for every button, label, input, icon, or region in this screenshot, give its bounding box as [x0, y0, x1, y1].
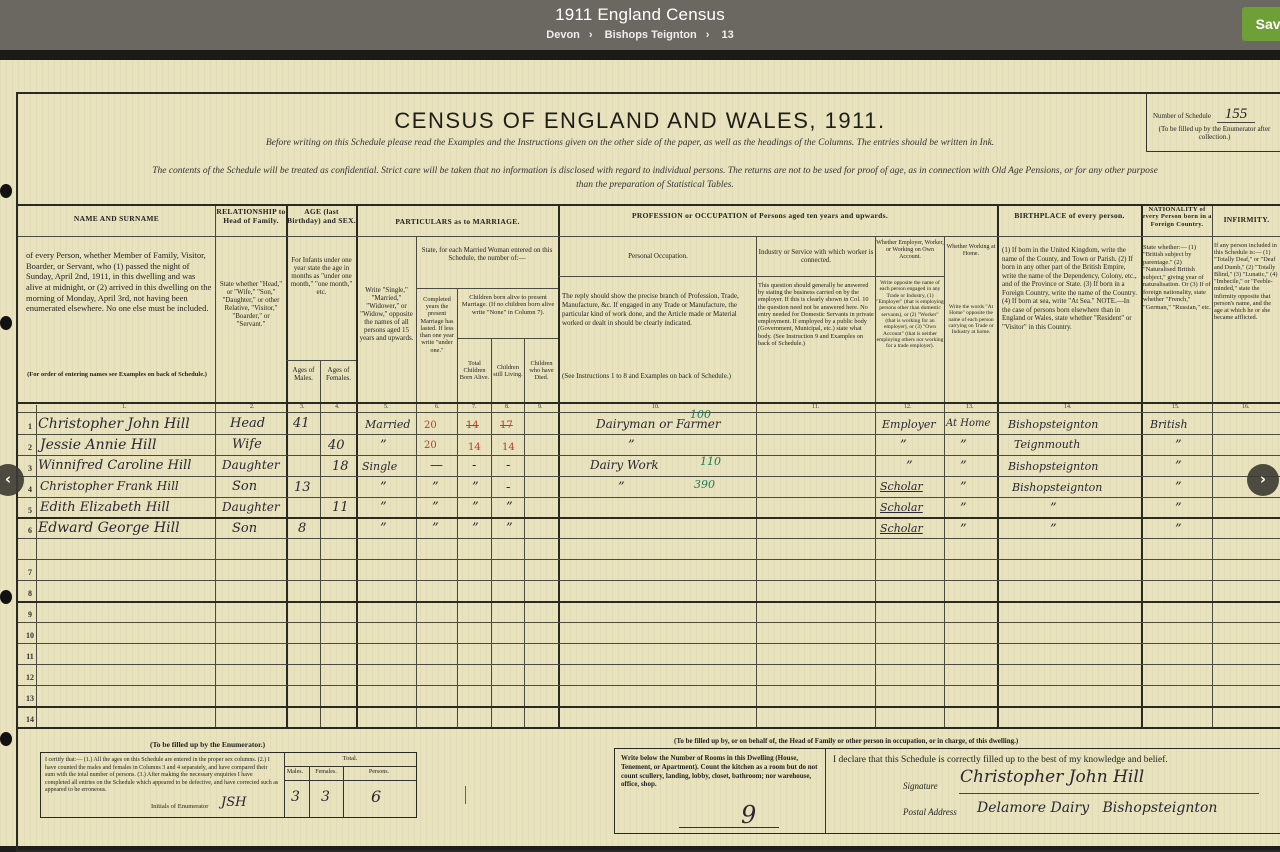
- row-number: 11: [24, 652, 36, 661]
- row-line: [18, 402, 1280, 404]
- header-children-living: Children still Living.: [492, 364, 524, 378]
- chevron-left-icon: ‹: [5, 470, 11, 488]
- header-birthplace: BIRTHPLACE of every person.: [998, 212, 1141, 221]
- declaration: I declare that this Schedule is correctl…: [833, 755, 1168, 765]
- instruction-confidential: The contents of the Schedule will be tre…: [30, 166, 1280, 176]
- cell-marriage: ”: [380, 438, 387, 453]
- cell-employer: Employer: [882, 418, 936, 431]
- header-children-died: Children who have Died.: [525, 360, 558, 382]
- cell-birthplace: ”: [1050, 501, 1057, 516]
- viewer-header: 1911 England Census Devon› Bishops Teign…: [0, 0, 1280, 50]
- row-line: [18, 580, 1280, 581]
- cell-total-children: ”: [472, 521, 479, 536]
- cell-age-female: 11: [332, 500, 349, 515]
- cell-nationality: British: [1150, 418, 1188, 431]
- cell-marriage: Married: [365, 418, 410, 431]
- breadcrumb-page: 13: [721, 29, 733, 41]
- header-profession: PROFESSION or OCCUPATION of Persons aged…: [620, 212, 900, 221]
- punch-hole: [0, 184, 12, 198]
- col-number: 6.: [435, 404, 440, 410]
- row-number: 8: [24, 589, 36, 598]
- cell-birthplace: Bishopsteignton: [1008, 418, 1098, 431]
- persons-label: Persons.: [344, 769, 414, 775]
- cell-nationality: ”: [1175, 501, 1182, 516]
- cell-children-living: 17: [500, 420, 513, 431]
- cell-relationship: Daughter: [222, 500, 280, 514]
- col-number: 16.: [1242, 404, 1250, 410]
- cell-nationality: ”: [1175, 480, 1182, 495]
- col-number: 7.: [472, 404, 477, 410]
- header-nationality: NATIONALITY of every Person born in a Fo…: [1142, 206, 1212, 228]
- col-line: [997, 206, 999, 727]
- row-line: [18, 706, 1280, 708]
- row-line: [18, 476, 1280, 477]
- cell-birthplace: Bishopsteignton: [1012, 481, 1102, 494]
- row-line: [286, 360, 356, 361]
- header-name-note: (For order of entering names see Example…: [22, 371, 212, 378]
- cell-birthplace: Teignmouth: [1014, 438, 1080, 451]
- header-age: AGE (last Birthday) and SEX.: [287, 208, 356, 225]
- cell-at-home: ”: [960, 480, 967, 495]
- row-number: 10: [24, 631, 36, 640]
- header-industry: Industry or Service with which worker is…: [758, 248, 874, 264]
- header-age-females: Ages of Females.: [321, 366, 356, 382]
- row-number: 13: [24, 694, 36, 703]
- row-number: 5: [24, 506, 36, 515]
- cell-relationship: Head: [230, 416, 265, 431]
- header-at-home: Whether Working at Home.: [945, 244, 997, 258]
- punch-hole: [0, 316, 12, 330]
- cell-marriage: ”: [380, 480, 387, 495]
- cell-children-living: ”: [506, 500, 513, 515]
- schedule-note: (To be filled up by the Enumerator after…: [1153, 125, 1276, 141]
- instruction-ink: Before writing on this Schedule please r…: [180, 138, 1080, 148]
- header-marriage-desc: Write "Single," "Married," "Widower," or…: [358, 286, 415, 342]
- cell-birthplace: ”: [1050, 522, 1057, 537]
- row-line: [416, 288, 558, 289]
- cell-name: Jessie Annie Hill: [40, 437, 156, 453]
- header-personal-occupation: Personal Occupation.: [560, 252, 756, 260]
- enumerator-heading: (To be filled up by the Enumerator.): [150, 740, 265, 749]
- col-number: 9.: [538, 404, 543, 410]
- col-line: [320, 360, 321, 727]
- next-image-button[interactable]: ›: [1247, 464, 1279, 496]
- cell-nationality: ”: [1175, 522, 1182, 537]
- initials-label: Initials of Enumerator: [151, 803, 208, 810]
- cell-years-married: 20: [424, 440, 437, 451]
- cell-name: Christopher John Hill: [38, 416, 190, 432]
- col-number: 13.: [966, 404, 974, 410]
- row-number: 12: [24, 673, 36, 682]
- col-line: [558, 206, 560, 727]
- signature: Christopher John Hill: [960, 767, 1144, 787]
- header-age-desc: For Infants under one year state the age…: [288, 256, 355, 296]
- col-line: [36, 405, 37, 727]
- cell-at-home: At Home: [946, 418, 990, 429]
- cell-total-children: 14: [468, 442, 481, 453]
- row-line: [875, 276, 944, 277]
- cell-occupation-code: 100: [690, 408, 711, 421]
- col-number: 4.: [335, 404, 340, 410]
- cell-years-married: ”: [432, 480, 439, 495]
- col-line: [1212, 206, 1213, 727]
- cell-age-male: 8: [298, 521, 306, 536]
- total-label: Total.: [284, 755, 416, 762]
- cell-years-married: —: [430, 458, 443, 473]
- red-mark: [465, 786, 466, 804]
- rooms-instruction: Write below the Number of Rooms in this …: [621, 754, 821, 789]
- header-at-home-desc: Write the words "At Home" opposite the n…: [946, 304, 996, 336]
- punch-hole: [0, 732, 12, 746]
- header-children-born: Children born alive to present Marriage.…: [458, 294, 558, 316]
- col-line: [756, 236, 757, 727]
- cell-marriage: ”: [380, 500, 387, 515]
- cell-employer: Scholar: [880, 522, 923, 535]
- cell-occupation-code: 390: [694, 478, 715, 491]
- col-number: 2.: [250, 404, 255, 410]
- form-title: CENSUS OF ENGLAND AND WALES, 1911.: [0, 108, 1280, 134]
- cell-nationality: ”: [1175, 459, 1182, 474]
- row-line: [457, 338, 558, 339]
- row-line: [18, 236, 1280, 237]
- header-relationship: RELATIONSHIP to Head of Family.: [216, 208, 286, 225]
- cell-years-married: ”: [432, 521, 439, 536]
- females-label: Females.: [310, 769, 342, 775]
- cell-children-living: ”: [506, 521, 513, 536]
- head-box: Write below the Number of Rooms in this …: [614, 748, 1280, 834]
- cell-children-living: -: [506, 458, 510, 473]
- total-females: 3: [321, 789, 330, 805]
- header-age-males: Ages of Males.: [287, 366, 320, 382]
- row-line: [18, 412, 1280, 413]
- header-employer-desc: Write opposite the name of each person e…: [876, 280, 944, 349]
- cell-at-home: ”: [960, 459, 967, 474]
- cell-marriage: ”: [380, 521, 387, 536]
- save-button[interactable]: Save: [1242, 7, 1280, 41]
- head-heading: (To be filled up by, or on behalf of, th…: [674, 737, 1018, 745]
- total-males: 3: [291, 789, 300, 805]
- cell-total-children: ”: [472, 480, 479, 495]
- cell-age-male: 41: [293, 416, 310, 431]
- row-number: 14: [24, 715, 36, 724]
- signature-label: Signature: [903, 781, 938, 791]
- col-line: [524, 338, 525, 727]
- row-line: [18, 727, 1280, 729]
- cell-name: Edith Elizabeth Hill: [40, 500, 170, 515]
- collection-title: 1911 England Census: [0, 0, 1280, 25]
- cell-name: Winnifred Caroline Hill: [38, 458, 191, 473]
- col-number: 5.: [384, 404, 389, 410]
- row-number: 2: [24, 443, 36, 452]
- schedule-number-box: Number of Schedule 155 (To be filled up …: [1146, 94, 1280, 152]
- schedule-label: Number of Schedule: [1153, 112, 1211, 120]
- col-number: 11.: [812, 404, 819, 410]
- col-line: [944, 236, 945, 727]
- cell-age-female: 18: [332, 459, 349, 474]
- cell-children-living: 14: [502, 442, 515, 453]
- enumerator-initials: JSH: [221, 795, 246, 810]
- col-number: 15.: [1172, 404, 1180, 410]
- header-infirmity-desc: If any person included in this Schedule …: [1214, 242, 1280, 322]
- header-personal-occupation-desc: The reply should show the precise branch…: [562, 292, 754, 328]
- row-line: [18, 517, 1280, 519]
- col-number: 8.: [505, 404, 510, 410]
- row-number: 7: [24, 568, 36, 577]
- divider: [0, 50, 1280, 60]
- cell-relationship: Son: [232, 479, 257, 494]
- chevron-right-icon: ›: [1260, 470, 1266, 488]
- header-name: NAME AND SURNAME: [18, 215, 215, 224]
- row-number: 9: [24, 610, 36, 619]
- total-persons: 6: [371, 787, 381, 806]
- cell-years-married: 20: [424, 420, 437, 431]
- col-number: 10.: [652, 404, 660, 410]
- cell-nationality: ”: [1175, 438, 1182, 453]
- cell-at-home: ”: [960, 501, 967, 516]
- header-name-desc: of every Person, whether Member of Famil…: [26, 250, 212, 314]
- cell-name: Christopher Frank Hill: [40, 479, 179, 493]
- enumerator-box: I certify that:— (1.) All the ages on th…: [40, 752, 417, 818]
- cell-age-male: 13: [294, 480, 311, 495]
- cell-birthplace: Bishopsteignton: [1008, 460, 1098, 473]
- row-line: [18, 434, 1280, 435]
- col-line: [356, 206, 358, 727]
- row-line: [18, 622, 1280, 623]
- breadcrumb-parish[interactable]: Bishops Teignton: [605, 29, 697, 41]
- cell-employer: Scholar: [880, 480, 923, 493]
- cell-employer: ”: [900, 438, 907, 453]
- cell-total-children: -: [472, 458, 476, 473]
- row-line: [18, 601, 1280, 603]
- breadcrumb-county[interactable]: Devon: [546, 29, 580, 41]
- row-line: [18, 685, 1280, 686]
- cell-total-children: 14: [466, 420, 479, 431]
- postal-address-label: Postal Address: [903, 807, 957, 817]
- schedule-number: 155: [1217, 106, 1256, 123]
- col-number: 1.: [122, 404, 127, 410]
- row-line: [18, 643, 1280, 644]
- header-infirmity: INFIRMITY.: [1213, 216, 1280, 225]
- header-marriage: PARTICULARS as to MARRIAGE.: [357, 218, 558, 227]
- row-line: [18, 664, 1280, 665]
- enumerator-certification: I certify that:— (1.) All the ages on th…: [45, 757, 279, 795]
- males-label: Males.: [284, 769, 306, 775]
- postal-address: Delamore Dairy Bishopsteignton: [977, 800, 1217, 816]
- instruction-confidential-2: than the preparation of Statistical Tabl…: [30, 180, 1280, 190]
- row-number: 3: [24, 464, 36, 473]
- cell-relationship: Son: [232, 521, 257, 536]
- row-number: 1: [24, 422, 36, 431]
- row-line: [18, 538, 1280, 539]
- col-number: 14.: [1064, 404, 1072, 410]
- header-birthplace-desc: (1) If born in the United Kingdom, write…: [1002, 246, 1138, 331]
- breadcrumb: Devon› Bishops Teignton› 13: [0, 29, 1280, 41]
- cell-years-married: ”: [432, 500, 439, 515]
- header-married-woman: State, for each Married Woman entered on…: [418, 246, 556, 262]
- header-industry-desc: This question should generally be answer…: [758, 282, 874, 347]
- col-line: [215, 206, 216, 727]
- cell-age-female: 40: [328, 438, 345, 453]
- cell-occupation: ”: [618, 480, 625, 495]
- cell-total-children: ”: [472, 500, 479, 515]
- cell-name: Edward George Hill: [38, 520, 180, 536]
- row-number: 6: [24, 526, 36, 535]
- col-number: 3.: [300, 404, 305, 410]
- cell-occupation: Dairy Work: [590, 458, 659, 472]
- cell-at-home: ”: [960, 438, 967, 453]
- row-line: [18, 497, 1280, 498]
- header-nationality-desc: State whether:— (1) "British subject by …: [1143, 244, 1211, 311]
- row-line: [18, 559, 1280, 560]
- header-relationship-desc: State whether "Head," or "Wife," "Son," …: [218, 280, 284, 328]
- header-personal-occupation-note: (See Instructions 1 to 8 and Examples on…: [562, 372, 754, 380]
- col-line: [491, 338, 492, 727]
- cell-occupation-code: 110: [700, 455, 721, 468]
- cell-children-living: -: [506, 480, 510, 495]
- row-line: [18, 455, 1280, 456]
- cell-relationship: Daughter: [222, 458, 280, 472]
- header-total-children: Total Children Born Alive.: [458, 360, 491, 382]
- cell-occupation: ”: [628, 438, 635, 453]
- punch-hole: [0, 590, 12, 604]
- cell-at-home: ”: [960, 522, 967, 537]
- cell-employer: Scholar: [880, 501, 923, 514]
- cell-employer: ”: [906, 459, 913, 474]
- header-years-married: Completed years the present Marriage has…: [417, 296, 457, 354]
- cell-marriage: Single: [362, 460, 397, 473]
- header-employer: Whether Employer, Worker, or Working on …: [876, 240, 944, 261]
- rooms-count: 9: [741, 801, 756, 829]
- cell-relationship: Wife: [232, 437, 262, 452]
- row-number: 4: [24, 485, 36, 494]
- col-number: 12.: [904, 404, 912, 410]
- census-image: CENSUS OF ENGLAND AND WALES, 1911. Befor…: [0, 60, 1280, 846]
- col-line: [457, 288, 458, 727]
